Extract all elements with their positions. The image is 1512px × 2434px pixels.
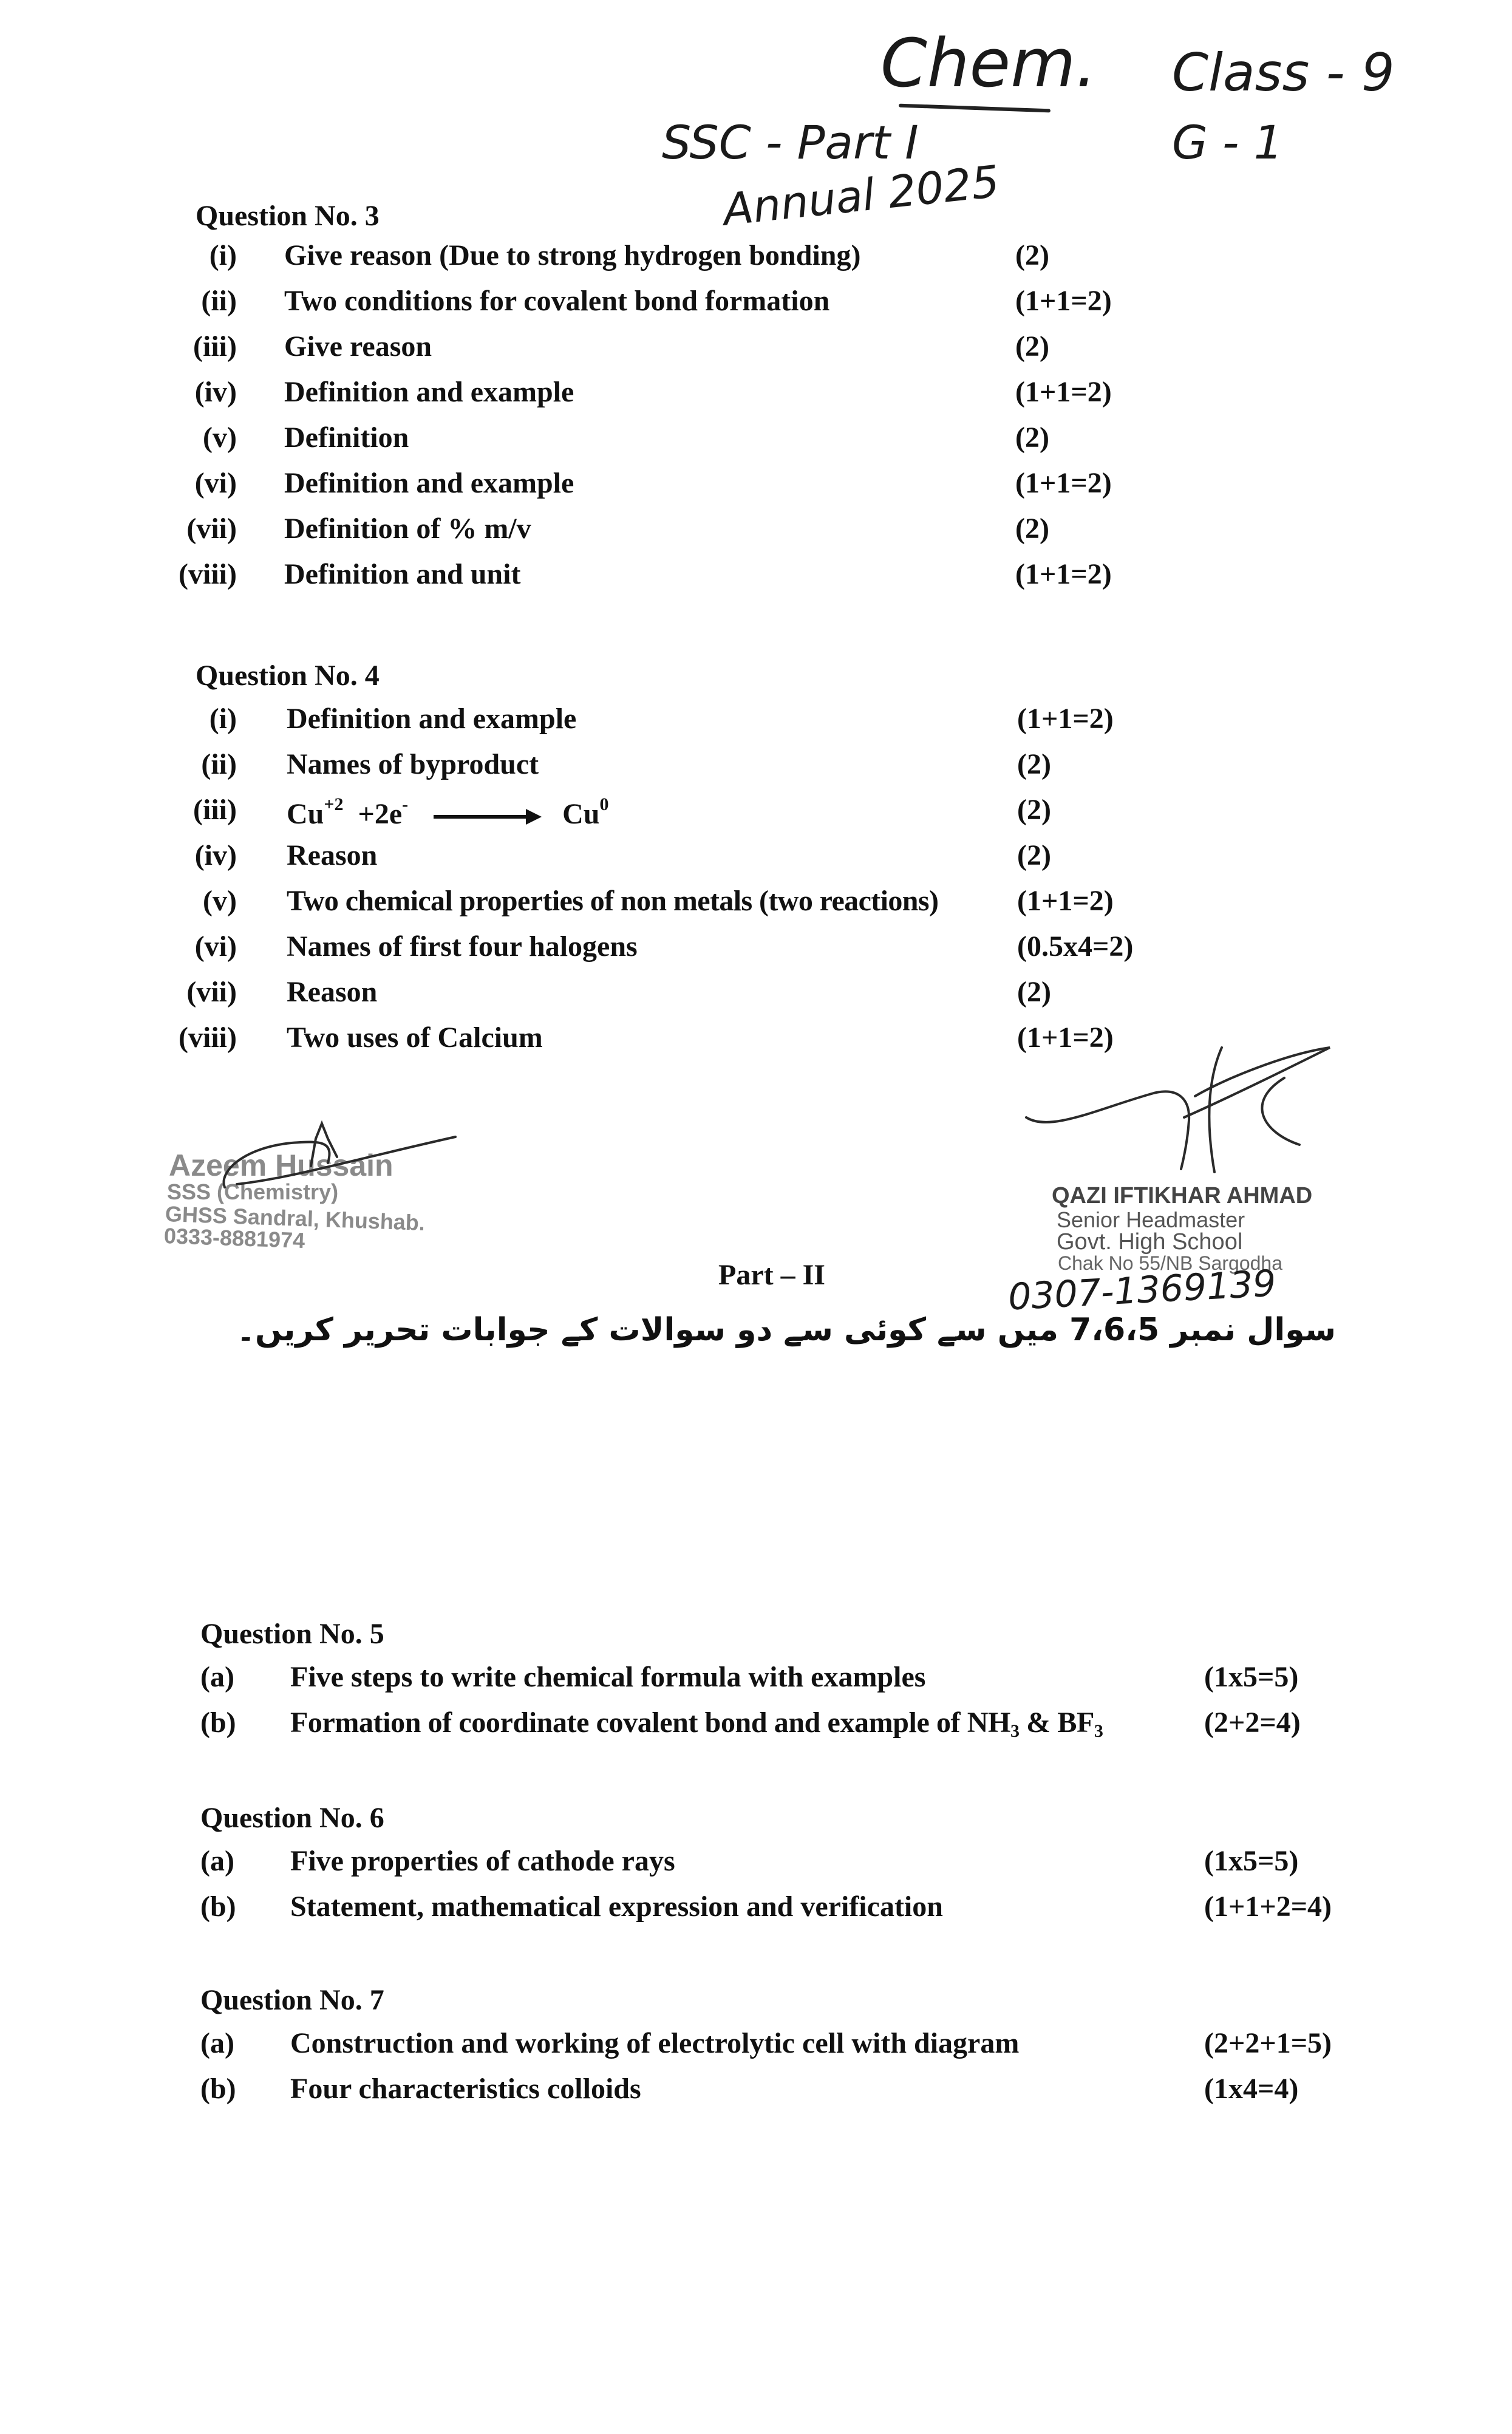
item-text: Definition and example	[284, 469, 574, 498]
item-marks: (1+1=2)	[1015, 560, 1112, 589]
item-number: (a)	[200, 2029, 234, 2058]
item-number: (iv)	[164, 378, 237, 407]
item-marks: (1+1=2)	[1015, 287, 1112, 316]
text-part: Formation of coordinate covalent bond an…	[290, 1706, 1010, 1739]
question-6-title: Question No. 6	[200, 1801, 384, 1835]
item-number: (b)	[200, 1892, 236, 1921]
item-number: (vi)	[164, 932, 237, 961]
eq-lhs2: +2e	[358, 798, 402, 830]
item-text: Two uses of Calcium	[287, 1023, 543, 1052]
item-text: Formation of coordinate covalent bond an…	[290, 1708, 1103, 1740]
item-number: (ii)	[164, 750, 237, 779]
stamp-right-school: Govt. High School	[1057, 1229, 1242, 1255]
item-marks: (2)	[1015, 332, 1049, 361]
signature-left	[219, 1105, 461, 1190]
part-2-instruction: سوال نمبر 7،6،5 میں سے کوئی سے دو سوالات…	[237, 1312, 1336, 1348]
stamp-left-phone: 0333-8881974	[163, 1223, 305, 1253]
item-marks: (1+1=2)	[1015, 469, 1112, 498]
item-marks: (2)	[1017, 841, 1051, 870]
item-number: (i)	[164, 241, 237, 270]
item-number: (i)	[164, 704, 237, 734]
item-text: Construction and working of electrolytic…	[290, 2029, 1019, 2058]
stamp-right-name: QAZI IFTIKHAR AHMAD	[1052, 1183, 1312, 1209]
question-3-title: Question No. 3	[196, 199, 380, 233]
item-number: (iv)	[164, 841, 237, 870]
item-number: (iii)	[164, 332, 237, 361]
item-marks: (1+1=2)	[1015, 378, 1112, 407]
item-marks: (2)	[1017, 796, 1051, 825]
item-text: Two conditions for covalent bond formati…	[284, 287, 829, 316]
item-marks: (0.5x4=2)	[1017, 932, 1133, 961]
item-text: Names of first four halogens	[287, 932, 638, 961]
question-4-title: Question No. 4	[196, 659, 380, 692]
item-marks: (2)	[1015, 423, 1049, 452]
item-marks: (1+1=2)	[1017, 887, 1114, 916]
handwritten-subject: Chem.	[880, 24, 1097, 102]
item-number: (a)	[200, 1847, 234, 1876]
item-text: Reason	[287, 841, 377, 870]
item-marks: (2)	[1015, 514, 1049, 544]
item-text: Statement, mathematical expression and v…	[290, 1892, 943, 1921]
text-part: & BF	[1020, 1706, 1094, 1739]
item-number: (v)	[164, 423, 237, 452]
item-marks: (2)	[1017, 978, 1051, 1007]
item-marks: (1x4=4)	[1204, 2074, 1298, 2104]
handwritten-class: Class - 9	[1172, 43, 1395, 103]
item-number: (vii)	[164, 978, 237, 1007]
item-text: Definition of % m/v	[284, 514, 531, 544]
eq-lhs2-charge: -	[402, 794, 408, 814]
item-marks: (2+2=4)	[1204, 1708, 1301, 1737]
handwritten-group: G - 1	[1172, 115, 1283, 169]
handwritten-phone: 0307-1369139	[1007, 1262, 1277, 1318]
subscript: 3	[1010, 1721, 1020, 1741]
eq-rhs: Cu	[562, 798, 599, 830]
item-text: Definition and example	[284, 378, 574, 407]
item-number: (viii)	[164, 560, 237, 589]
handwritten-exam: SSC - Part I	[662, 115, 919, 169]
right-arrow-icon	[434, 815, 531, 819]
item-text: Five steps to write chemical formula wit…	[290, 1663, 925, 1692]
item-text: Names of byproduct	[287, 750, 539, 779]
item-text: Definition	[284, 423, 409, 452]
item-number: (a)	[200, 1663, 234, 1692]
item-marks: (2+2+1=5)	[1204, 2029, 1332, 2058]
item-number: (b)	[200, 1708, 236, 1737]
eq-rhs-charge: 0	[599, 794, 608, 814]
item-text: Give reason	[284, 332, 432, 361]
item-text: Definition and example	[287, 704, 576, 734]
item-marks: (1x5=5)	[1204, 1663, 1298, 1692]
item-marks: (1+1=2)	[1017, 704, 1114, 734]
part-2-title: Part – II	[718, 1258, 825, 1292]
subject-underline	[899, 104, 1051, 113]
signature-right	[1026, 1035, 1342, 1175]
item-number: (vii)	[164, 514, 237, 544]
chemical-equation: Cu+2 +2e- Cu0	[287, 796, 608, 829]
item-marks: (1+1+2=4)	[1204, 1892, 1332, 1921]
item-number: (ii)	[164, 287, 237, 316]
item-text: Four characteristics colloids	[290, 2074, 641, 2104]
question-7-title: Question No. 7	[200, 1983, 384, 2017]
item-text: Reason	[287, 978, 377, 1007]
item-text: Five properties of cathode rays	[290, 1847, 675, 1876]
eq-lhs1-charge: +2	[324, 794, 343, 814]
item-number: (v)	[164, 887, 237, 916]
item-number: (b)	[200, 2074, 236, 2104]
item-marks: (1x5=5)	[1204, 1847, 1298, 1876]
subscript: 3	[1094, 1721, 1103, 1741]
item-text: Definition and unit	[284, 560, 520, 589]
question-5-title: Question No. 5	[200, 1617, 384, 1651]
item-number: (iii)	[164, 796, 237, 825]
item-number: (vi)	[164, 469, 237, 498]
item-number: (viii)	[164, 1023, 237, 1052]
item-text: Give reason (Due to strong hydrogen bond…	[284, 241, 860, 270]
item-marks: (2)	[1017, 750, 1051, 779]
item-marks: (2)	[1015, 241, 1049, 270]
item-text: Two chemical properties of non metals (t…	[287, 887, 938, 916]
eq-lhs1: Cu	[287, 798, 324, 830]
